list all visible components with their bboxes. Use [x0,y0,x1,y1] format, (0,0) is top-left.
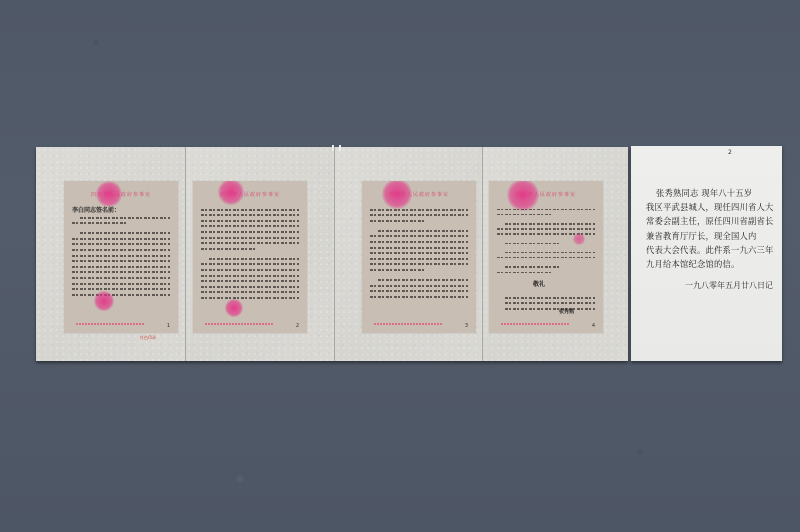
hinge-mark [332,145,334,151]
letter-header: 四川省人民政府参事室 [193,191,307,198]
seal-stamp [218,181,244,205]
handwritten-text [370,205,468,315]
inscription-line: 我区平武县城人，现任四川省人大 [646,200,772,214]
letter-footer-line [501,323,569,325]
letter-page-4: 四川省人民政府参事室 敬礼 张秀熟 4 [489,181,603,333]
handwritten-text [201,205,299,315]
album-panel-3: 四川省人民政府参事室 3 [335,147,483,361]
inscription-sheet: 2 张秀熟同志 现年八十五岁 我区平武县城人，现任四川省人大 常委会副主任，原任… [631,146,782,361]
seal-stamp [225,299,243,317]
page-marker: 2 [728,149,732,156]
page-number: 3 [465,323,468,329]
letter-header: 四川省人民政府参事室 [362,191,476,198]
page-number: 2 [296,323,299,329]
letter-page-1: 四川省人民政府参事室 李白同志签名前： 1 [64,181,178,333]
album-panel-1: 四川省人民政府参事室 李白同志签名前： 1 红色印章 [36,147,186,361]
letter-footer-line [76,323,144,325]
handwritten-text [505,293,595,313]
seal-stamp [94,291,114,311]
letter-greeting: 敬礼 [533,279,545,288]
seal-stamp [573,233,585,245]
inscription-line: 常委会副主任，原任四川省副省长 [646,214,772,228]
inscription-text: 张秀熟同志 现年八十五岁 我区平武县城人，现任四川省人大 常委会副主任，原任四川… [646,186,772,271]
inscription-line: 张秀熟同志 现年八十五岁 [646,186,772,200]
letter-footer-line [205,323,273,325]
seal-stamp [96,181,122,207]
letter-footer-line [374,323,442,325]
red-stamp-note: 红色印章 [140,335,156,341]
folding-album: 四川省人民政府参事室 李白同志签名前： 1 红色印章 四川省人民政府参事室 [36,147,628,361]
letter-signature: 张秀熟 [559,308,574,315]
page-number: 4 [592,323,595,329]
inscription-line: 代表大会代表。此件系一九六三年 [646,243,772,257]
inscription-line: 兼省教育厅厅长，现全国人内 [646,229,772,243]
letter-page-3: 四川省人民政府参事室 3 [362,181,476,333]
handwritten-text [72,213,170,315]
inscription-date: 一九八零年五月廿八日记 [685,280,773,291]
inscription-line: 九月给本馆纪念馆的信。 [646,257,772,271]
letter-page-2: 四川省人民政府参事室 2 [193,181,307,333]
page-number: 1 [167,323,170,329]
hinge-mark [339,145,341,151]
album-panel-4: 四川省人民政府参事室 敬礼 张秀熟 4 [483,147,628,361]
album-panel-2: 四川省人民政府参事室 2 [186,147,335,361]
